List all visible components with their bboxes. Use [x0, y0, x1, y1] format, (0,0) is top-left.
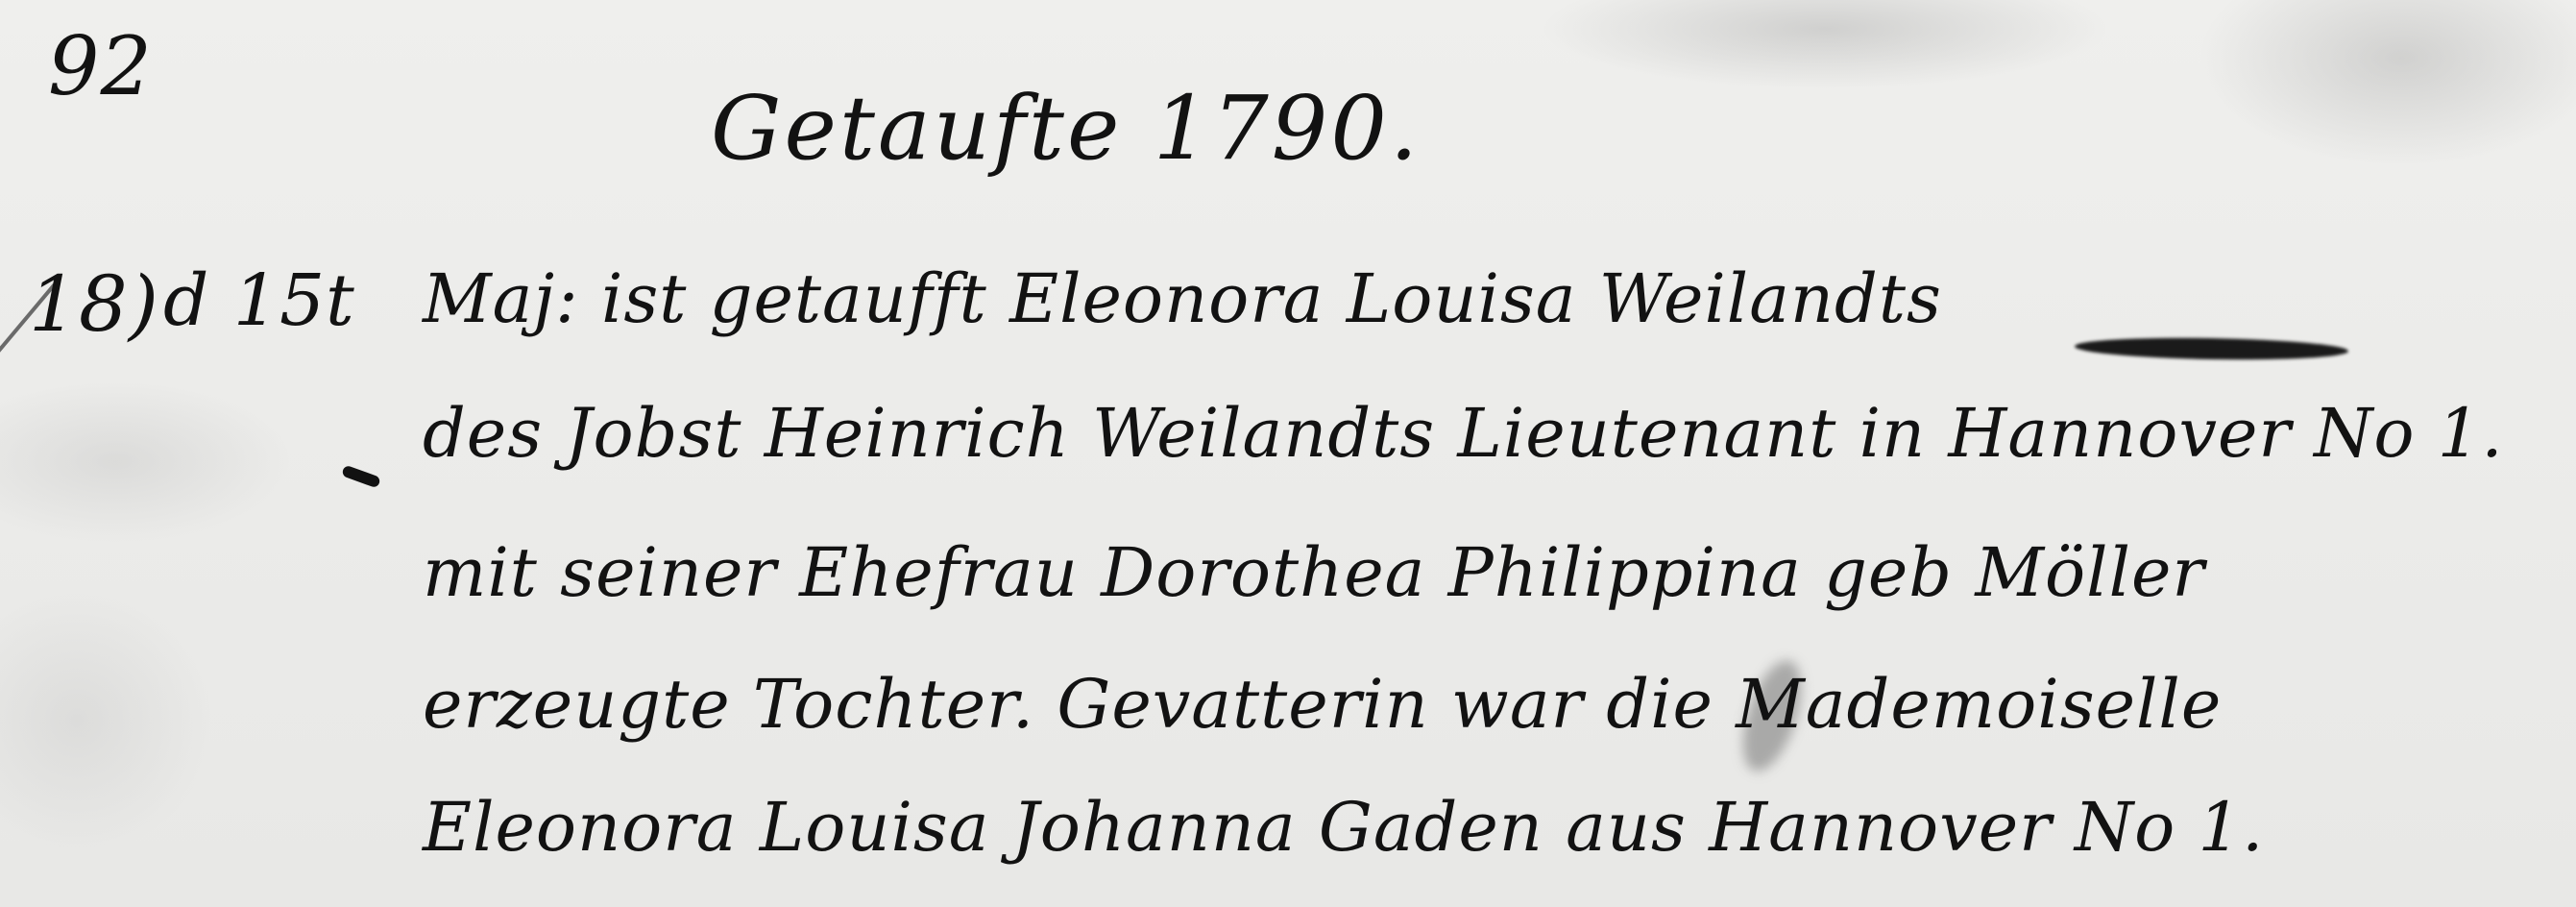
register-page: 92 Getaufte 1790. 18) d 15t Maj: ist get…	[0, 0, 2576, 907]
entry-day: d 15t	[163, 259, 355, 342]
entry-number: 18)	[29, 259, 159, 349]
register-heading: Getaufte 1790.	[711, 77, 1421, 180]
name-underline-mark	[2075, 336, 2348, 362]
page-number: 92	[48, 19, 153, 113]
entry-line-2: des Jobst Heinrich Weilandts Lieutenant …	[423, 394, 2504, 473]
entry-line-3: mit seiner Ehefrau Dorothea Philippina g…	[423, 533, 2205, 612]
entry-line-1: Maj: ist getaufft Eleonora Louisa Weilan…	[423, 259, 1942, 338]
entry-line-4: erzeugte Tochter. Gevatterin war die Mad…	[423, 665, 2222, 744]
entry-line-5: Eleonora Louisa Johanna Gaden aus Hannov…	[423, 788, 2264, 867]
margin-mark	[341, 465, 381, 489]
